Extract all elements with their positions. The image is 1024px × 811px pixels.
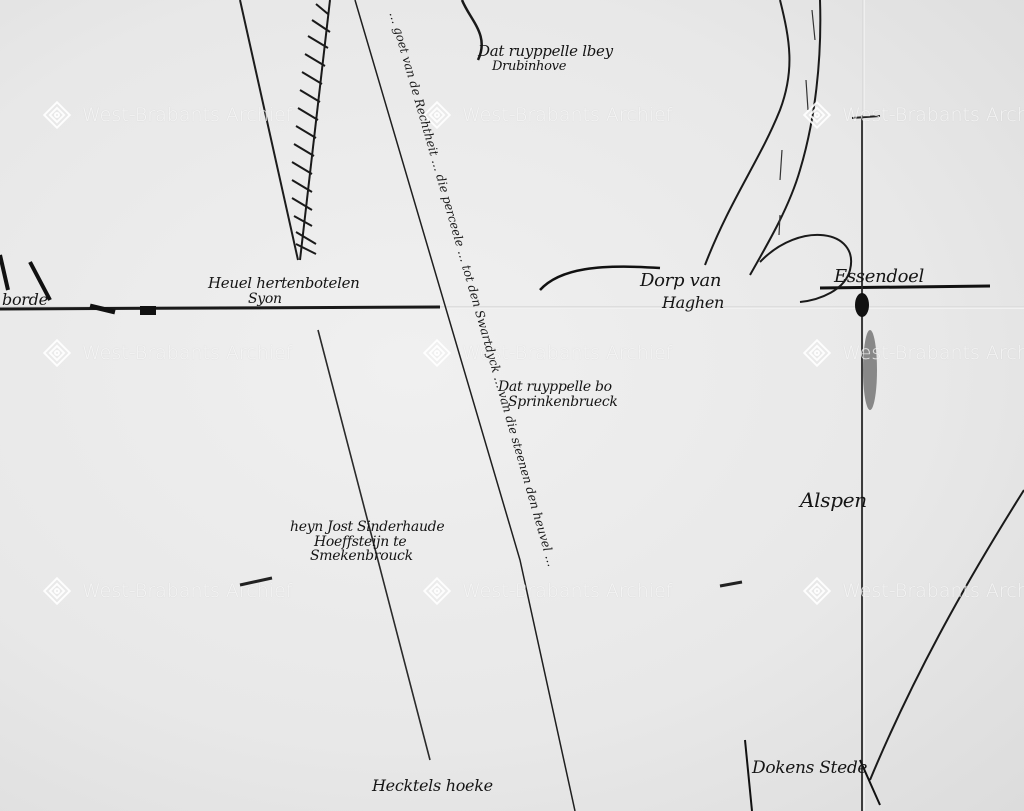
road-marker (140, 306, 156, 315)
label-road-left: Heuel hertenbotelen Syon (208, 276, 360, 306)
stray-mark-right (720, 582, 742, 586)
label-village-right: Essendoel (834, 268, 924, 287)
label-top-center: Dat ruyppelle lbey Drubinhove (478, 44, 613, 73)
label-right-middle: Alspen (800, 490, 867, 511)
manuscript-map: West-Brabants Archief West-Brabants Arch… (0, 0, 1024, 811)
horizontal-road-dash (90, 306, 115, 312)
label-bottom-right: Dokens Stede (752, 760, 867, 778)
stream-inner-dash (779, 10, 815, 235)
vertical-boundary-top (852, 116, 880, 118)
label-left-edge: borde (2, 292, 48, 309)
ink-blot (855, 293, 869, 317)
label-bottom-center: Hecktels hoeke (372, 778, 493, 795)
stray-mark-left (240, 578, 272, 585)
label-village: Dorp van Haghen (640, 272, 724, 312)
road-line-left-upper (240, 0, 298, 260)
right-diagonal-line (870, 490, 1024, 780)
label-center-right: Dat ruyppelle bo Sprinkenbrueck (498, 380, 618, 409)
horizontal-road (0, 307, 440, 309)
stream-right-bank (750, 0, 820, 275)
ink-smear (863, 330, 877, 410)
label-center-left: heyn Jost Sinderhaude Hoeffsteijn te Sme… (290, 520, 444, 564)
